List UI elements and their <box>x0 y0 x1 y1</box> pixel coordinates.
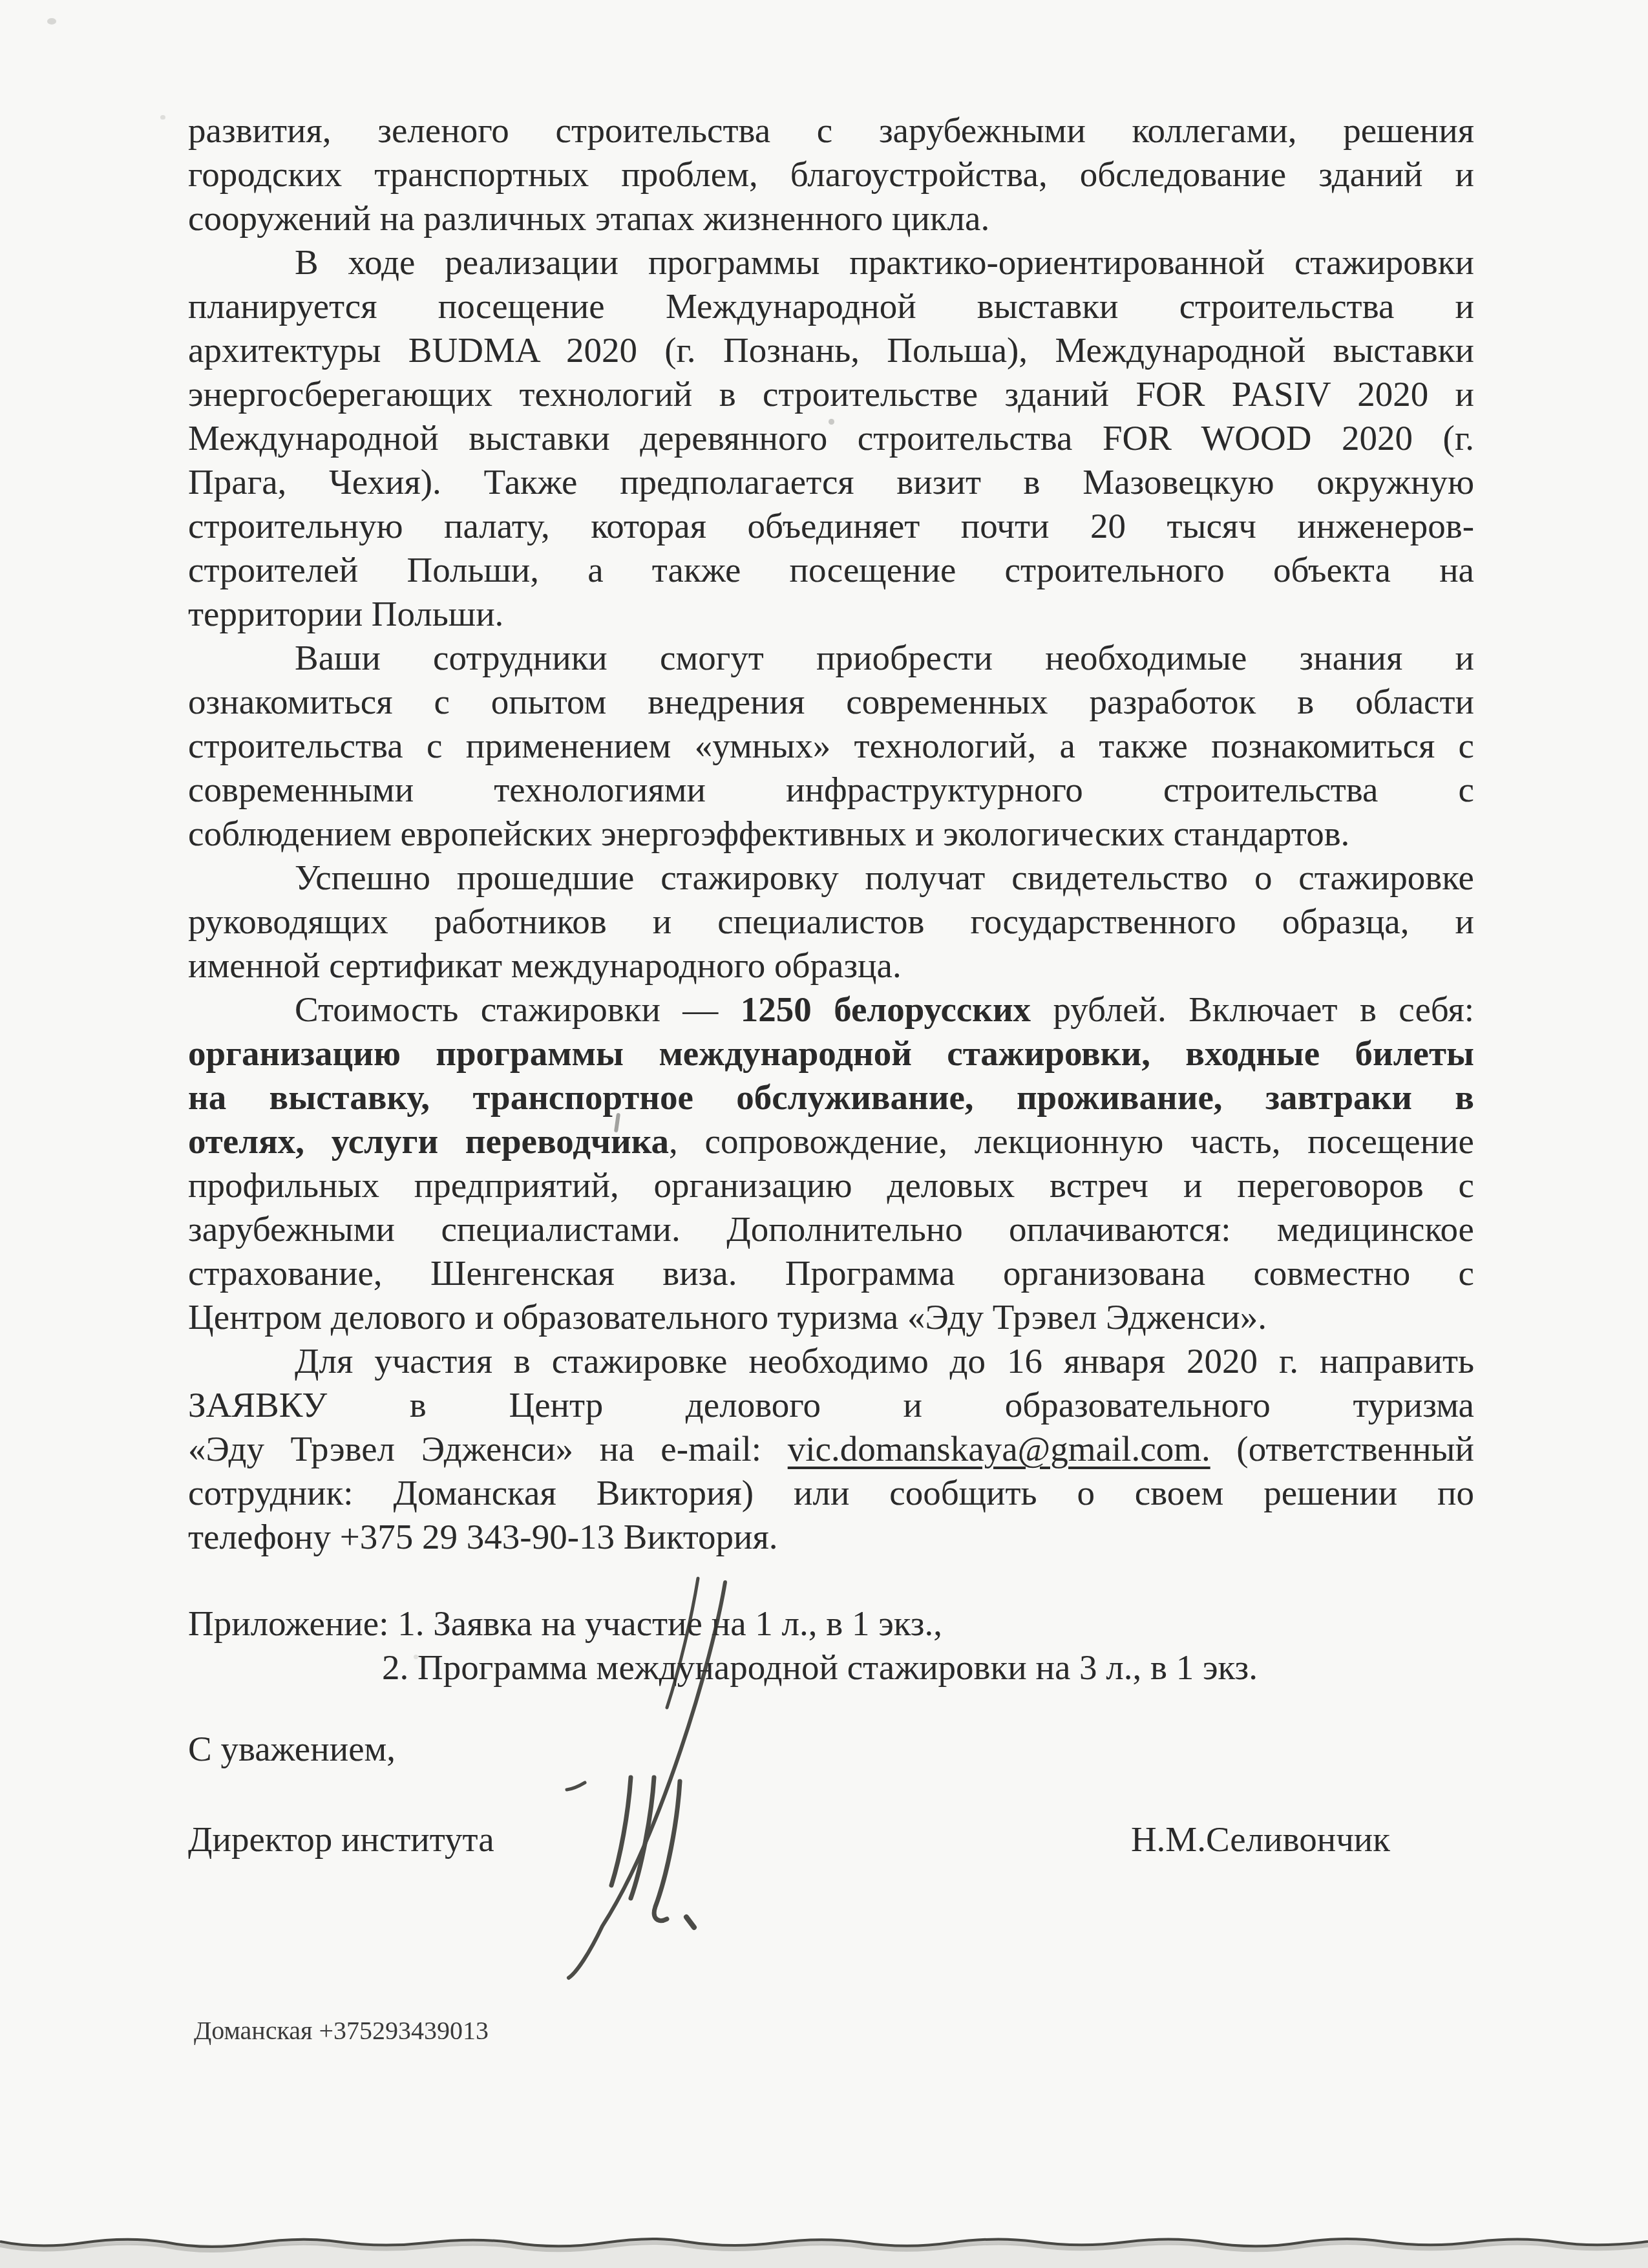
text-line: страхование, Шенгенская виза. Программа … <box>188 1251 1474 1295</box>
paragraph: Стоимость стажировки — 1250 белорусских … <box>188 988 1474 1339</box>
text-line: ознакомиться с опытом внедрения современ… <box>188 680 1474 724</box>
first-line-indent <box>188 273 295 274</box>
text-segment: сотрудник: Доманская Виктория) или сообщ… <box>188 1473 1474 1512</box>
text-line: территории Польши. <box>188 592 1474 636</box>
text-segment: именной сертификат международного образц… <box>188 946 902 985</box>
text-line: Стоимость стажировки — 1250 белорусских … <box>188 988 1474 1032</box>
text-segment: Стоимость стажировки — <box>295 990 741 1029</box>
first-line-indent <box>188 1021 295 1021</box>
email-address: vic.domanskaya@gmail.com. <box>788 1429 1210 1468</box>
text-segment: ЗАЯВКУ в Центр делового и образовательно… <box>188 1385 1474 1425</box>
text-segment: Центром делового и образовательного тури… <box>188 1297 1267 1337</box>
text-segment: «Эду Трэвел Эдженси» на e-mail: <box>188 1429 788 1468</box>
dust-speck <box>160 115 165 120</box>
text-segment: организацию программы международной стаж… <box>188 1033 1474 1073</box>
text-line: В ходе реализации программы практико-ори… <box>188 240 1474 284</box>
text-line: Прага, Чехия). Также предполагается визи… <box>188 460 1474 504</box>
text-segment: ознакомиться с опытом внедрения современ… <box>188 682 1474 721</box>
text-line: строительства с применением «умных» техн… <box>188 724 1474 768</box>
text-segment: сооружений на различных этапах жизненног… <box>188 198 989 238</box>
text-line: Ваши сотрудники смогут приобрести необхо… <box>188 636 1474 680</box>
signer-name: Н.М.Селивончик <box>1131 1818 1390 1861</box>
text-line: отелях, услуги переводчика, сопровождени… <box>188 1119 1474 1163</box>
text-line: профильных предприятий, организацию дело… <box>188 1163 1474 1207</box>
text-line: энергосберегающих технологий в строитель… <box>188 372 1474 416</box>
text-line: на выставку, транспортное обслуживание, … <box>188 1076 1474 1119</box>
text-line: Успешно прошедшие стажировку получат сви… <box>188 856 1474 900</box>
text-segment: страхование, Шенгенская виза. Программа … <box>188 1253 1474 1293</box>
text-segment: современными технологиями инфраструктурн… <box>188 770 1474 809</box>
text-segment: руководящих работников и специалистов го… <box>188 902 1474 941</box>
text-segment: , сопровождение, лекционную часть, посещ… <box>669 1121 1474 1161</box>
page-bottom-edge <box>0 2231 1648 2268</box>
text-line: организацию программы международной стаж… <box>188 1032 1474 1076</box>
text-segment: Для участия в стажировке необходимо до 1… <box>295 1341 1474 1381</box>
text-line: развития, зеленого строительства с заруб… <box>188 109 1474 153</box>
dust-speck <box>47 18 56 25</box>
body-text: развития, зеленого строительства с заруб… <box>188 109 1474 1559</box>
handwritten-signature <box>504 1564 866 2004</box>
text-line: «Эду Трэвел Эдженси» на e-mail: vic.doma… <box>188 1427 1474 1471</box>
text-line: архитектуры BUDMA 2020 (г. Познань, Поль… <box>188 328 1474 372</box>
text-segment: зарубежными специалистами. Дополнительно… <box>188 1209 1474 1249</box>
first-line-indent <box>188 1372 295 1373</box>
text-segment: профильных предприятий, организацию дело… <box>188 1165 1474 1205</box>
text-line: планируется посещение Международной выст… <box>188 284 1474 328</box>
text-line: современными технологиями инфраструктурн… <box>188 768 1474 812</box>
text-segment: строительную палату, которая объединяет … <box>188 506 1474 546</box>
text-segment: 1250 белорусских <box>741 990 1031 1029</box>
text-segment: планируется посещение Международной выст… <box>188 286 1474 326</box>
text-segment: территории Польши. <box>188 594 503 633</box>
text-line: именной сертификат международного образц… <box>188 944 1474 988</box>
text-segment: энергосберегающих технологий в строитель… <box>188 374 1474 414</box>
paragraph: В ходе реализации программы практико-ори… <box>188 240 1474 636</box>
paragraph: Для участия в стажировке необходимо до 1… <box>188 1339 1474 1559</box>
first-line-indent <box>188 889 295 889</box>
paragraph: развития, зеленого строительства с заруб… <box>188 109 1474 240</box>
text-segment: телефону +375 29 343-90-13 Виктория. <box>188 1517 778 1556</box>
text-line: телефону +375 29 343-90-13 Виктория. <box>188 1515 1474 1559</box>
paragraph: Ваши сотрудники смогут приобрести необхо… <box>188 636 1474 856</box>
text-segment: (ответственный <box>1210 1429 1474 1468</box>
closing-salutation: С уважением, <box>188 1727 396 1771</box>
text-segment: В ходе реализации программы практико-ори… <box>295 242 1474 282</box>
text-line: строителей Польши, а также посещение стр… <box>188 548 1474 592</box>
text-segment: строительства с применением «умных» техн… <box>188 726 1474 765</box>
text-segment: Прага, Чехия). Также предполагается визи… <box>188 462 1474 502</box>
text-line: руководящих работников и специалистов го… <box>188 900 1474 944</box>
text-segment: на выставку, транспортное обслуживание, … <box>188 1077 1474 1117</box>
text-segment: рублей. Включает в себя: <box>1031 990 1474 1029</box>
text-segment: Международной выставки деревянного строи… <box>188 418 1474 458</box>
text-line: Международной выставки деревянного строи… <box>188 416 1474 460</box>
text-segment: развития, зеленого строительства с заруб… <box>188 111 1474 150</box>
footer-contact: Доманская +375293439013 <box>194 2015 489 2046</box>
screenshot-root: { "document": { "language": "ru", "parag… <box>0 0 1648 2268</box>
text-segment: городских транспортных проблем, благоуст… <box>188 154 1474 194</box>
text-segment: отелях, услуги переводчика <box>188 1121 669 1161</box>
scanned-letter-page: развития, зеленого строительства с заруб… <box>0 0 1648 2268</box>
text-segment: архитектуры BUDMA 2020 (г. Познань, Поль… <box>188 330 1474 370</box>
text-segment: Ваши сотрудники смогут приобрести необхо… <box>295 638 1474 677</box>
text-line: Для участия в стажировке необходимо до 1… <box>188 1339 1474 1383</box>
paragraph: Успешно прошедшие стажировку получат сви… <box>188 856 1474 988</box>
text-line: зарубежными специалистами. Дополнительно… <box>188 1207 1474 1251</box>
text-segment: соблюдением европейских энергоэффективны… <box>188 814 1349 853</box>
text-line: ЗАЯВКУ в Центр делового и образовательно… <box>188 1383 1474 1427</box>
text-segment: строителей Польши, а также посещение стр… <box>188 550 1474 589</box>
text-segment: Успешно прошедшие стажировку получат сви… <box>295 858 1474 897</box>
text-line: городских транспортных проблем, благоуст… <box>188 153 1474 196</box>
text-line: строительную палату, которая объединяет … <box>188 504 1474 548</box>
text-line: сооружений на различных этапах жизненног… <box>188 196 1474 240</box>
text-line: сотрудник: Доманская Виктория) или сообщ… <box>188 1471 1474 1515</box>
text-line: Центром делового и образовательного тури… <box>188 1295 1474 1339</box>
signer-title: Директор института <box>188 1818 494 1861</box>
text-line: соблюдением европейских энергоэффективны… <box>188 812 1474 856</box>
first-line-indent <box>188 669 295 670</box>
